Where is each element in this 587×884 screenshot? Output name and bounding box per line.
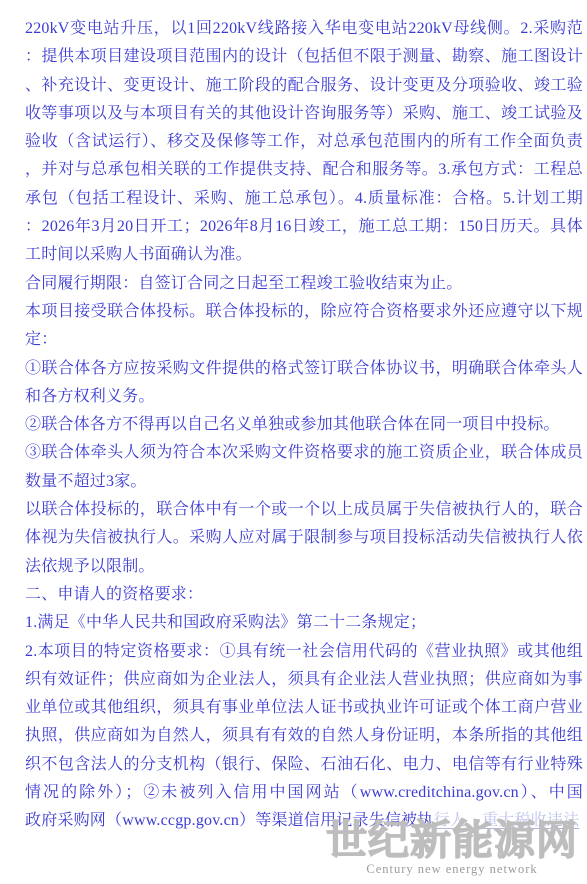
- text-line: ②联合体各方不得再以自己名义单独或参加其他联合体在同一项目中投标。: [25, 411, 583, 439]
- document-text-block: 220kV变电站升压，以1回220kV线路接入华电变电站220kV母线侧。2.采…: [25, 15, 583, 836]
- text-line: 业单位或其他组织，须具有事业单位法人证书或执业许可证或个体工商户营业: [25, 694, 583, 722]
- text-line: 、补充设计、变更设计、施工阶段的配合服务、设计变更及分项验收、竣工验: [25, 72, 583, 100]
- text-line: 工时间以采购人书面确认为准。: [25, 241, 583, 269]
- text-line: 法依规予以限制。: [25, 553, 583, 581]
- text-line: ，并对与总承包相关联的工作提供支持、配合和服务等。3.承包方式：工程总: [25, 156, 583, 184]
- text-line: 二、申请人的资格要求：: [25, 581, 583, 609]
- text-line: ：2026年3月20日开工；2026年8月16日竣工，施工总工期：150日历天。…: [25, 213, 583, 241]
- text-line: 织不包含法人的分支机构（银行、保险、石油石化、电力、电信等有行业特殊: [25, 751, 583, 779]
- document-page: 220kV变电站升压，以1回220kV线路接入华电变电站220kV母线侧。2.采…: [0, 0, 587, 884]
- text-line: 和各方权利义务。: [25, 383, 583, 411]
- text-line: 定：: [25, 326, 583, 354]
- text-line: 220kV变电站升压，以1回220kV线路接入华电变电站220kV母线侧。2.采…: [25, 15, 583, 43]
- text-line: 体视为失信被执行人。采购人应对属于限制参与项目投标活动失信被执行人依: [25, 524, 583, 552]
- text-line: 1.满足《中华人民共和国政府采购法》第二十二条规定；: [25, 609, 583, 637]
- text-line: 承包（包括工程设计、采购、施工总承包）。4.质量标准：合格。5.计划工期: [25, 185, 583, 213]
- text-line: 2.本项目的特定资格要求：①具有统一社会信用代码的《营业执照》或其他组: [25, 638, 583, 666]
- watermark-subtitle: Century new energy network: [324, 862, 580, 876]
- text-line: ①联合体各方应按采购文件提供的格式签订联合体协议书，明确联合体牵头人: [25, 355, 583, 383]
- text-line-normal-part: 政府采购网（www.ccgp.gov.cn）等渠道信用记录失信被执: [25, 812, 434, 829]
- text-line: 收等事项以及与本项目有关的其他设计咨询服务等）采购、施工、竣工试验及: [25, 100, 583, 128]
- text-line: 合同履行期限：自签订合同之日起至工程竣工验收结束为止。: [25, 270, 583, 298]
- text-line: ：提供本项目建设项目范围内的设计（包括但不限于测量、勘察、施工图设计: [25, 43, 583, 71]
- text-line: 数量不超过3家。: [25, 468, 583, 496]
- text-line: ③联合体牵头人须为符合本次采购文件资格要求的施工资质企业，联合体成员: [25, 439, 583, 467]
- text-line: 织有效证件；供应商如为企业法人，须具有企业法人营业执照；供应商如为事: [25, 666, 583, 694]
- text-line-faded-by-watermark: 行人、重大税收违法: [434, 812, 580, 829]
- text-line: 执照，供应商如为自然人，须具有有效的自然人身份证明，本条所指的其他组: [25, 722, 583, 750]
- text-line: 以联合体投标的，联合体中有一个或一个以上成员属于失信被执行人的，联合: [25, 496, 583, 524]
- text-line: 验收（含试运行）、移交及保修等工作，对总承包范围内的所有工作全面负责: [25, 128, 583, 156]
- text-line: 本项目接受联合体投标。联合体投标的，除应符合资格要求外还应遵守以下规: [25, 298, 583, 326]
- text-line: 政府采购网（www.ccgp.gov.cn）等渠道信用记录失信被执行人、重大税收…: [25, 807, 583, 835]
- text-line: 情况的除外）；②未被列入信用中国网站（www.creditchina.gov.c…: [25, 779, 583, 807]
